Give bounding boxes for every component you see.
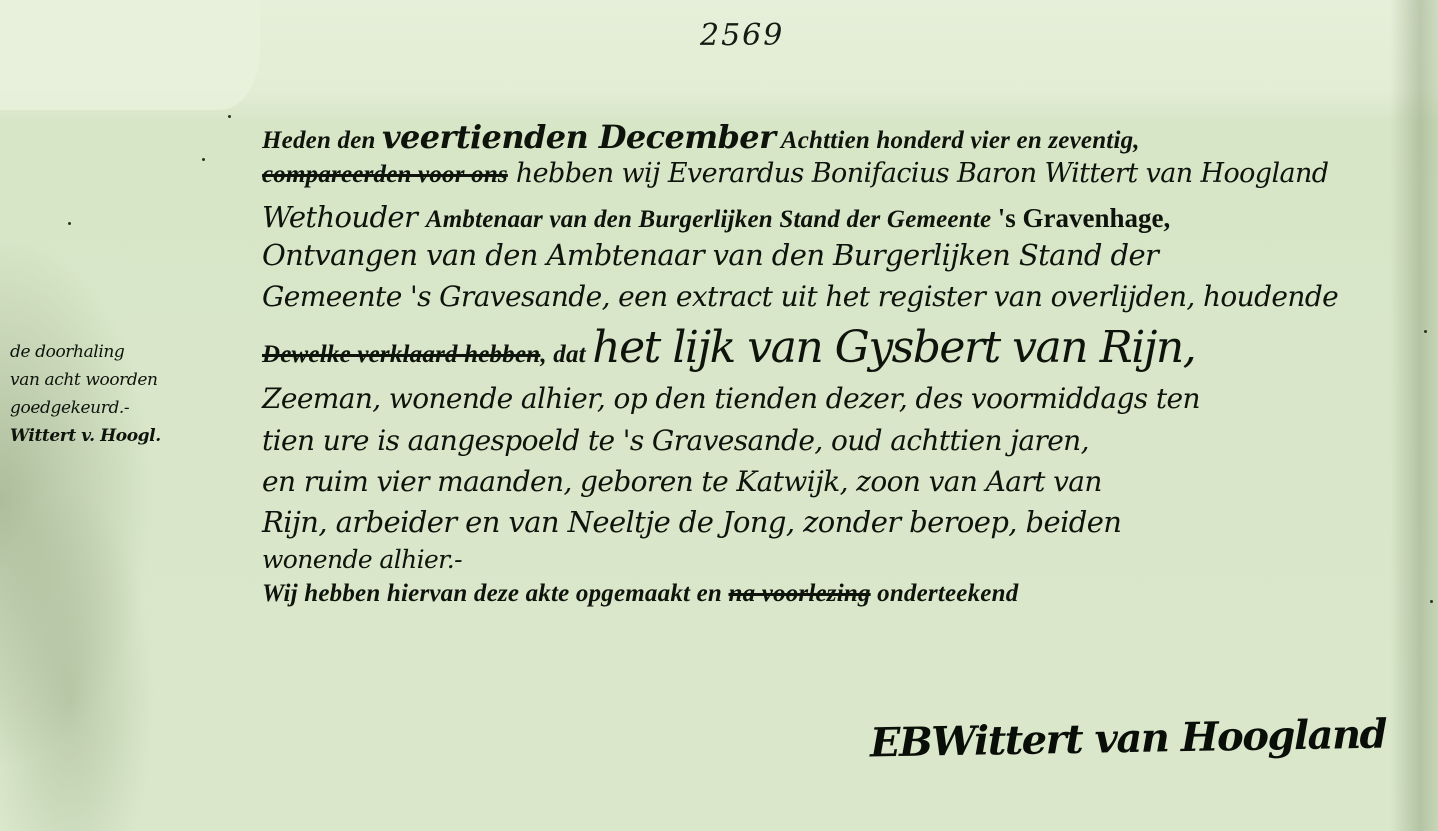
line-6-deceased: Dewelke verklaard hebben, dat het lijk v… <box>262 322 1195 373</box>
ink-speck <box>228 115 231 118</box>
line-10: Rijn, arbeider en van Neeltje de Jong, z… <box>262 505 1121 539</box>
date-day-month: veertienden December <box>382 118 775 156</box>
line-9: en ruim vier maanden, geboren te Katwijk… <box>262 465 1102 498</box>
struck-na-voorlezing: na voorlezing <box>728 580 870 607</box>
line-11: wonende alhier.- <box>262 545 462 574</box>
line-2-official: compareerden voor ons hebben wij Everard… <box>262 158 1328 189</box>
margin-note-initials: Wittert v. Hoogl. <box>10 422 161 450</box>
line-12-closing: Wij hebben hiervan deze akte opgemaakt e… <box>262 580 1018 608</box>
ink-speck <box>68 222 71 225</box>
closing-text: Wij hebben hiervan deze akte opgemaakt e… <box>262 580 728 607</box>
line-8: tien ure is aangespoeld te 's Gravesande… <box>262 424 1089 457</box>
struck-comparerden: compareerden voor ons <box>262 161 508 188</box>
wethouder-text: Wethouder <box>262 200 426 234</box>
ambtenaar-label: Ambtenaar van den Burgerlijken Stand der… <box>426 206 998 233</box>
struck-dewelke: Dewelke verklaard hebben <box>262 341 540 368</box>
margin-note-line: de doorhaling <box>10 338 161 366</box>
line-5: Gemeente 's Gravesande, een extract uit … <box>262 280 1338 313</box>
deceased-name: het lijk van Gysbert van Rijn, <box>592 322 1195 373</box>
heden-den-label: Heden den <box>262 127 382 154</box>
line-3-office: Wethouder Ambtenaar van den Burgerlijken… <box>262 200 1170 234</box>
margin-note: de doorhaling van acht woorden goedgekeu… <box>10 338 161 450</box>
official-name: hebben wij Everardus Bonifacius Baron Wi… <box>508 158 1329 189</box>
onderteekend-text: onderteekend <box>871 580 1019 607</box>
line-4: Ontvangen van den Ambtenaar van den Burg… <box>262 238 1158 272</box>
line-1-date: Heden den veertienden December Achttien … <box>262 118 1140 156</box>
ink-speck <box>1430 600 1433 603</box>
official-signature: EBWittert van Hoogland <box>870 711 1387 767</box>
paper-torn-corner <box>0 0 260 110</box>
line-7: Zeeman, wonende alhier, op den tienden d… <box>262 382 1200 415</box>
margin-note-line: goedgekeurd.- <box>10 394 161 422</box>
margin-note-line: van acht woorden <box>10 366 161 394</box>
ink-speck <box>1424 330 1427 333</box>
dat-label: , dat <box>540 341 592 368</box>
date-year: Achttien honderd vier en zeventig, <box>775 127 1139 154</box>
municipality-gravenhage: 's Gravenhage, <box>998 203 1171 233</box>
ink-speck <box>202 158 205 161</box>
record-number: 2569 <box>700 18 784 53</box>
